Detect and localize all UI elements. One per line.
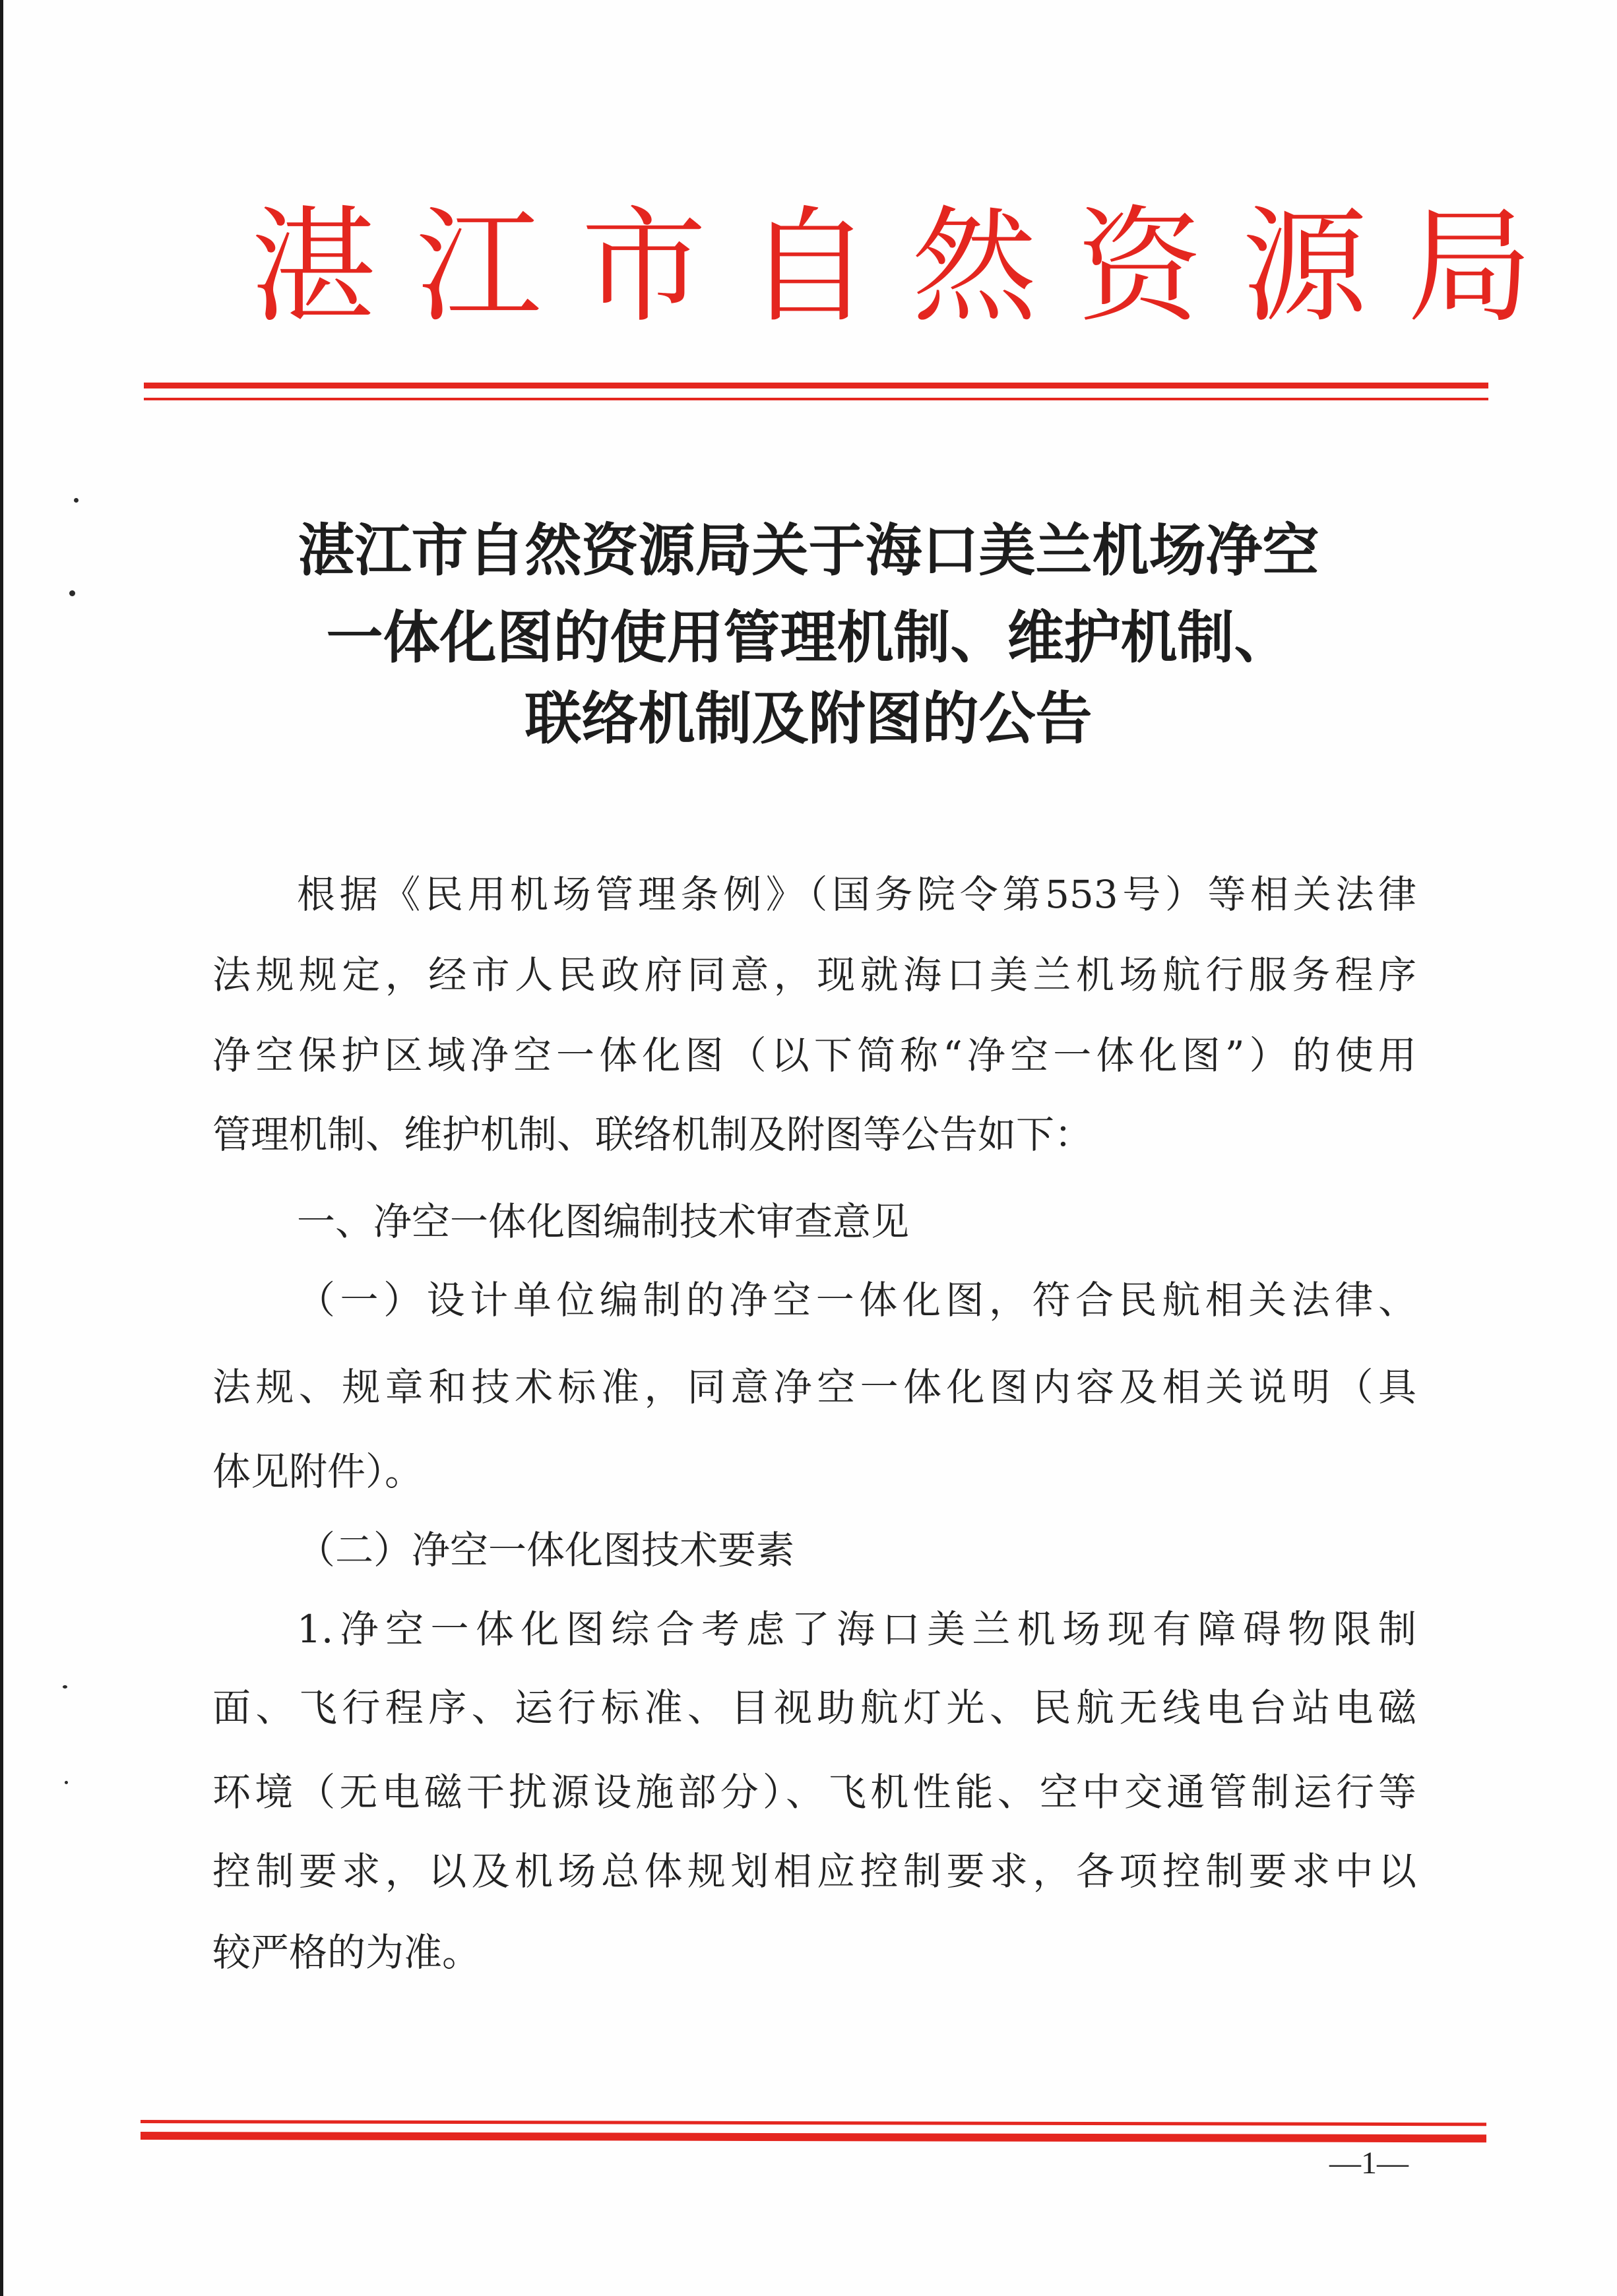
document-page: 湛 江 市 自 然 资 源 局 湛江市自然资源局关于海口美兰机场净空 一体化图的… — [0, 0, 1617, 2296]
body-line: 1.净空一体化图综合考虑了海口美兰机场现有障碍物限制 — [297, 1603, 1416, 1656]
body-line: 根据《民用机场管理条例》（国务院令第553号）等相关法律 — [297, 868, 1416, 921]
footer-rule-thick — [141, 2132, 1486, 2142]
scan-mark — [65, 1781, 68, 1784]
body-line: 面、飞行程序、运行标准、目视助航灯光、民航无线电台站电磁 — [212, 1681, 1416, 1734]
masthead-rule-thin — [144, 398, 1488, 400]
masthead-char: 源 — [1242, 198, 1368, 336]
body-line: 法规、规章和技术标准，同意净空一体化图内容及相关说明（具 — [212, 1361, 1416, 1413]
document-title-line-3: 联络机制及附图的公告 — [0, 686, 1617, 752]
footer-rule-thin — [141, 2120, 1486, 2126]
masthead-org-name: 湛 江 市 自 然 资 源 局 — [251, 198, 1385, 336]
scan-mark — [63, 1685, 67, 1689]
body-line: 净空保护区域净空一体化图（以下简称“净空一体化图”）的使用 — [212, 1029, 1416, 1082]
page-number: —1— — [1316, 2144, 1422, 2183]
scan-mark — [69, 590, 75, 596]
masthead-char: 自 — [746, 198, 872, 336]
body-line: 较严格的为准。 — [212, 1926, 480, 1979]
masthead-char: 江 — [416, 198, 541, 336]
scan-mark — [74, 498, 79, 503]
masthead-rule-thick — [144, 383, 1488, 388]
body-line: （一）设计单位编制的净空一体化图，符合民航相关法律、 — [297, 1274, 1416, 1326]
masthead-char: 资 — [1077, 198, 1202, 336]
section-heading: 一、净空一体化图编制技术审查意见 — [297, 1195, 909, 1248]
document-title-line-1: 湛江市自然资源局关于海口美兰机场净空 — [0, 518, 1617, 584]
body-line: 环境（无电磁干扰源设施部分）、飞机性能、空中交通管制运行等 — [212, 1766, 1416, 1818]
body-line: 法规规定，经市人民政府同意，现就海口美兰机场航行服务程序 — [212, 948, 1416, 1001]
document-title-line-2: 一体化图的使用管理机制、维护机制、 — [0, 605, 1617, 671]
masthead-char: 湛 — [251, 198, 376, 336]
masthead-char: 局 — [1407, 198, 1533, 336]
scan-edge — [0, 0, 3, 2296]
body-line: 管理机制、维护机制、联络机制及附图等公告如下： — [212, 1108, 1093, 1161]
masthead-char: 市 — [581, 198, 707, 336]
body-line: 控制要求，以及机场总体规划相应控制要求，各项控制要求中以 — [212, 1845, 1416, 1898]
masthead-char: 然 — [912, 198, 1037, 336]
body-line: 体见附件）。 — [212, 1445, 423, 1498]
subsection-heading: （二）净空一体化图技术要素 — [297, 1524, 794, 1576]
